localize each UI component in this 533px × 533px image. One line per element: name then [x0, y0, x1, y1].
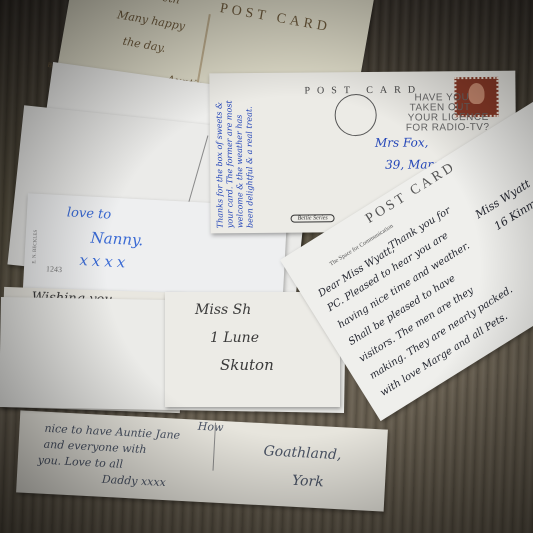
address-line: Mrs Fox, [375, 135, 429, 149]
card-number: 1243 [46, 264, 62, 274]
handwriting-line: and everyone with [43, 438, 147, 456]
handwriting-line: Nanny. [90, 229, 144, 250]
handwriting-line: the day. [122, 35, 167, 55]
partial-word: How [197, 420, 223, 434]
postcard-heading: POST CARD [219, 1, 332, 36]
handwriting-line: Daddy xxxx [102, 473, 167, 489]
handwriting-line: Dear Gareth [111, 0, 181, 7]
address-line: 1 Lune [210, 330, 259, 346]
message-text: Thanks for the box of sweets & your card… [215, 97, 366, 228]
handwriting-line: you. Love to all [37, 453, 123, 470]
address-line: Goathland, [263, 443, 342, 463]
address-line: York [292, 473, 324, 491]
publisher-text: E. N. BECKLES [32, 230, 39, 264]
slogan-line: FOR RADIO-TV? [406, 123, 490, 134]
address-line: Skuton [220, 356, 274, 374]
brand-label: Bettie Series [291, 214, 335, 222]
handwriting-line: xxxx [79, 251, 130, 272]
handwriting-line: love to [67, 205, 112, 222]
queen-head-icon [468, 83, 484, 104]
handwriting-line: Many happy [116, 8, 186, 33]
address-line: Miss Sh [195, 302, 251, 318]
